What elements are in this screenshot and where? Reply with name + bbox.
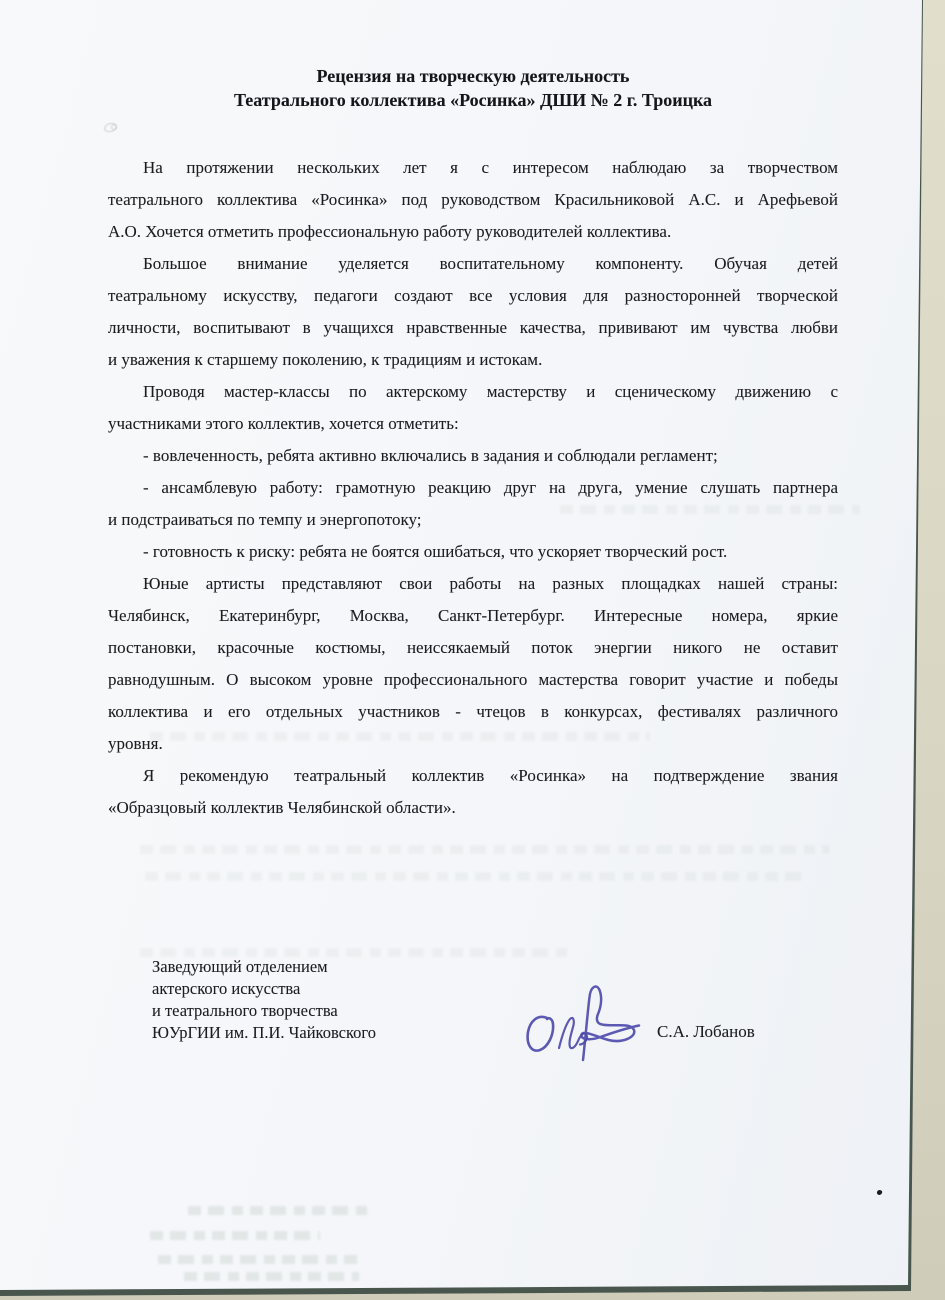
scanned-document-page: { "document": { "heading": { "line1": "Р… bbox=[0, 0, 945, 1300]
bleed-through-artifact bbox=[150, 732, 650, 741]
bullet-line: - готовность к риску: ребята не боятся о… bbox=[108, 536, 838, 568]
bleed-through-artifact bbox=[150, 1231, 320, 1240]
handwritten-signature bbox=[495, 958, 645, 1098]
bullet-line: - вовлеченность, ребята активно включали… bbox=[108, 440, 838, 472]
bleed-through-artifact bbox=[188, 1206, 368, 1215]
body-paragraph: Большое внимание уделяется воспитательно… bbox=[108, 248, 838, 376]
document-title: Рецензия на творческую деятельность Теат… bbox=[108, 64, 838, 112]
bleed-through-artifact bbox=[140, 845, 830, 854]
document-body: Рецензия на творческую деятельность Теат… bbox=[108, 0, 838, 824]
signature-title-line: Заведующий отделением bbox=[152, 956, 376, 978]
signature-title-block: Заведующий отделением актерского искусст… bbox=[152, 956, 376, 1044]
signer-name: С.А. Лобанов bbox=[657, 1020, 755, 1044]
document-title-line: Рецензия на творческую деятельность bbox=[108, 64, 838, 88]
bullet-line: - ансамблевую работу: грамотную реакцию … bbox=[108, 472, 838, 536]
signature-title-line: ЮУрГИИ им. П.И. Чайковского bbox=[152, 1022, 376, 1044]
body-paragraph: На протяжении нескольких лет я с интерес… bbox=[108, 152, 838, 248]
body-paragraph: Проводя мастер-классы по актерскому маст… bbox=[108, 376, 838, 440]
document-title-line: Театрального коллектива «Росинка» ДШИ № … bbox=[108, 88, 838, 112]
bleed-through-artifact bbox=[560, 505, 860, 514]
bleed-through-artifact bbox=[140, 948, 570, 957]
body-paragraph: Я рекомендую театральный коллектив «Роси… bbox=[108, 760, 838, 824]
bleed-through-artifact bbox=[158, 1255, 363, 1264]
signature-title-line: актерского искусства bbox=[152, 978, 376, 1000]
signature-title-line: и театрального творчества bbox=[152, 1000, 376, 1022]
bleed-through-artifact bbox=[145, 872, 805, 881]
bleed-through-artifact bbox=[184, 1272, 359, 1281]
